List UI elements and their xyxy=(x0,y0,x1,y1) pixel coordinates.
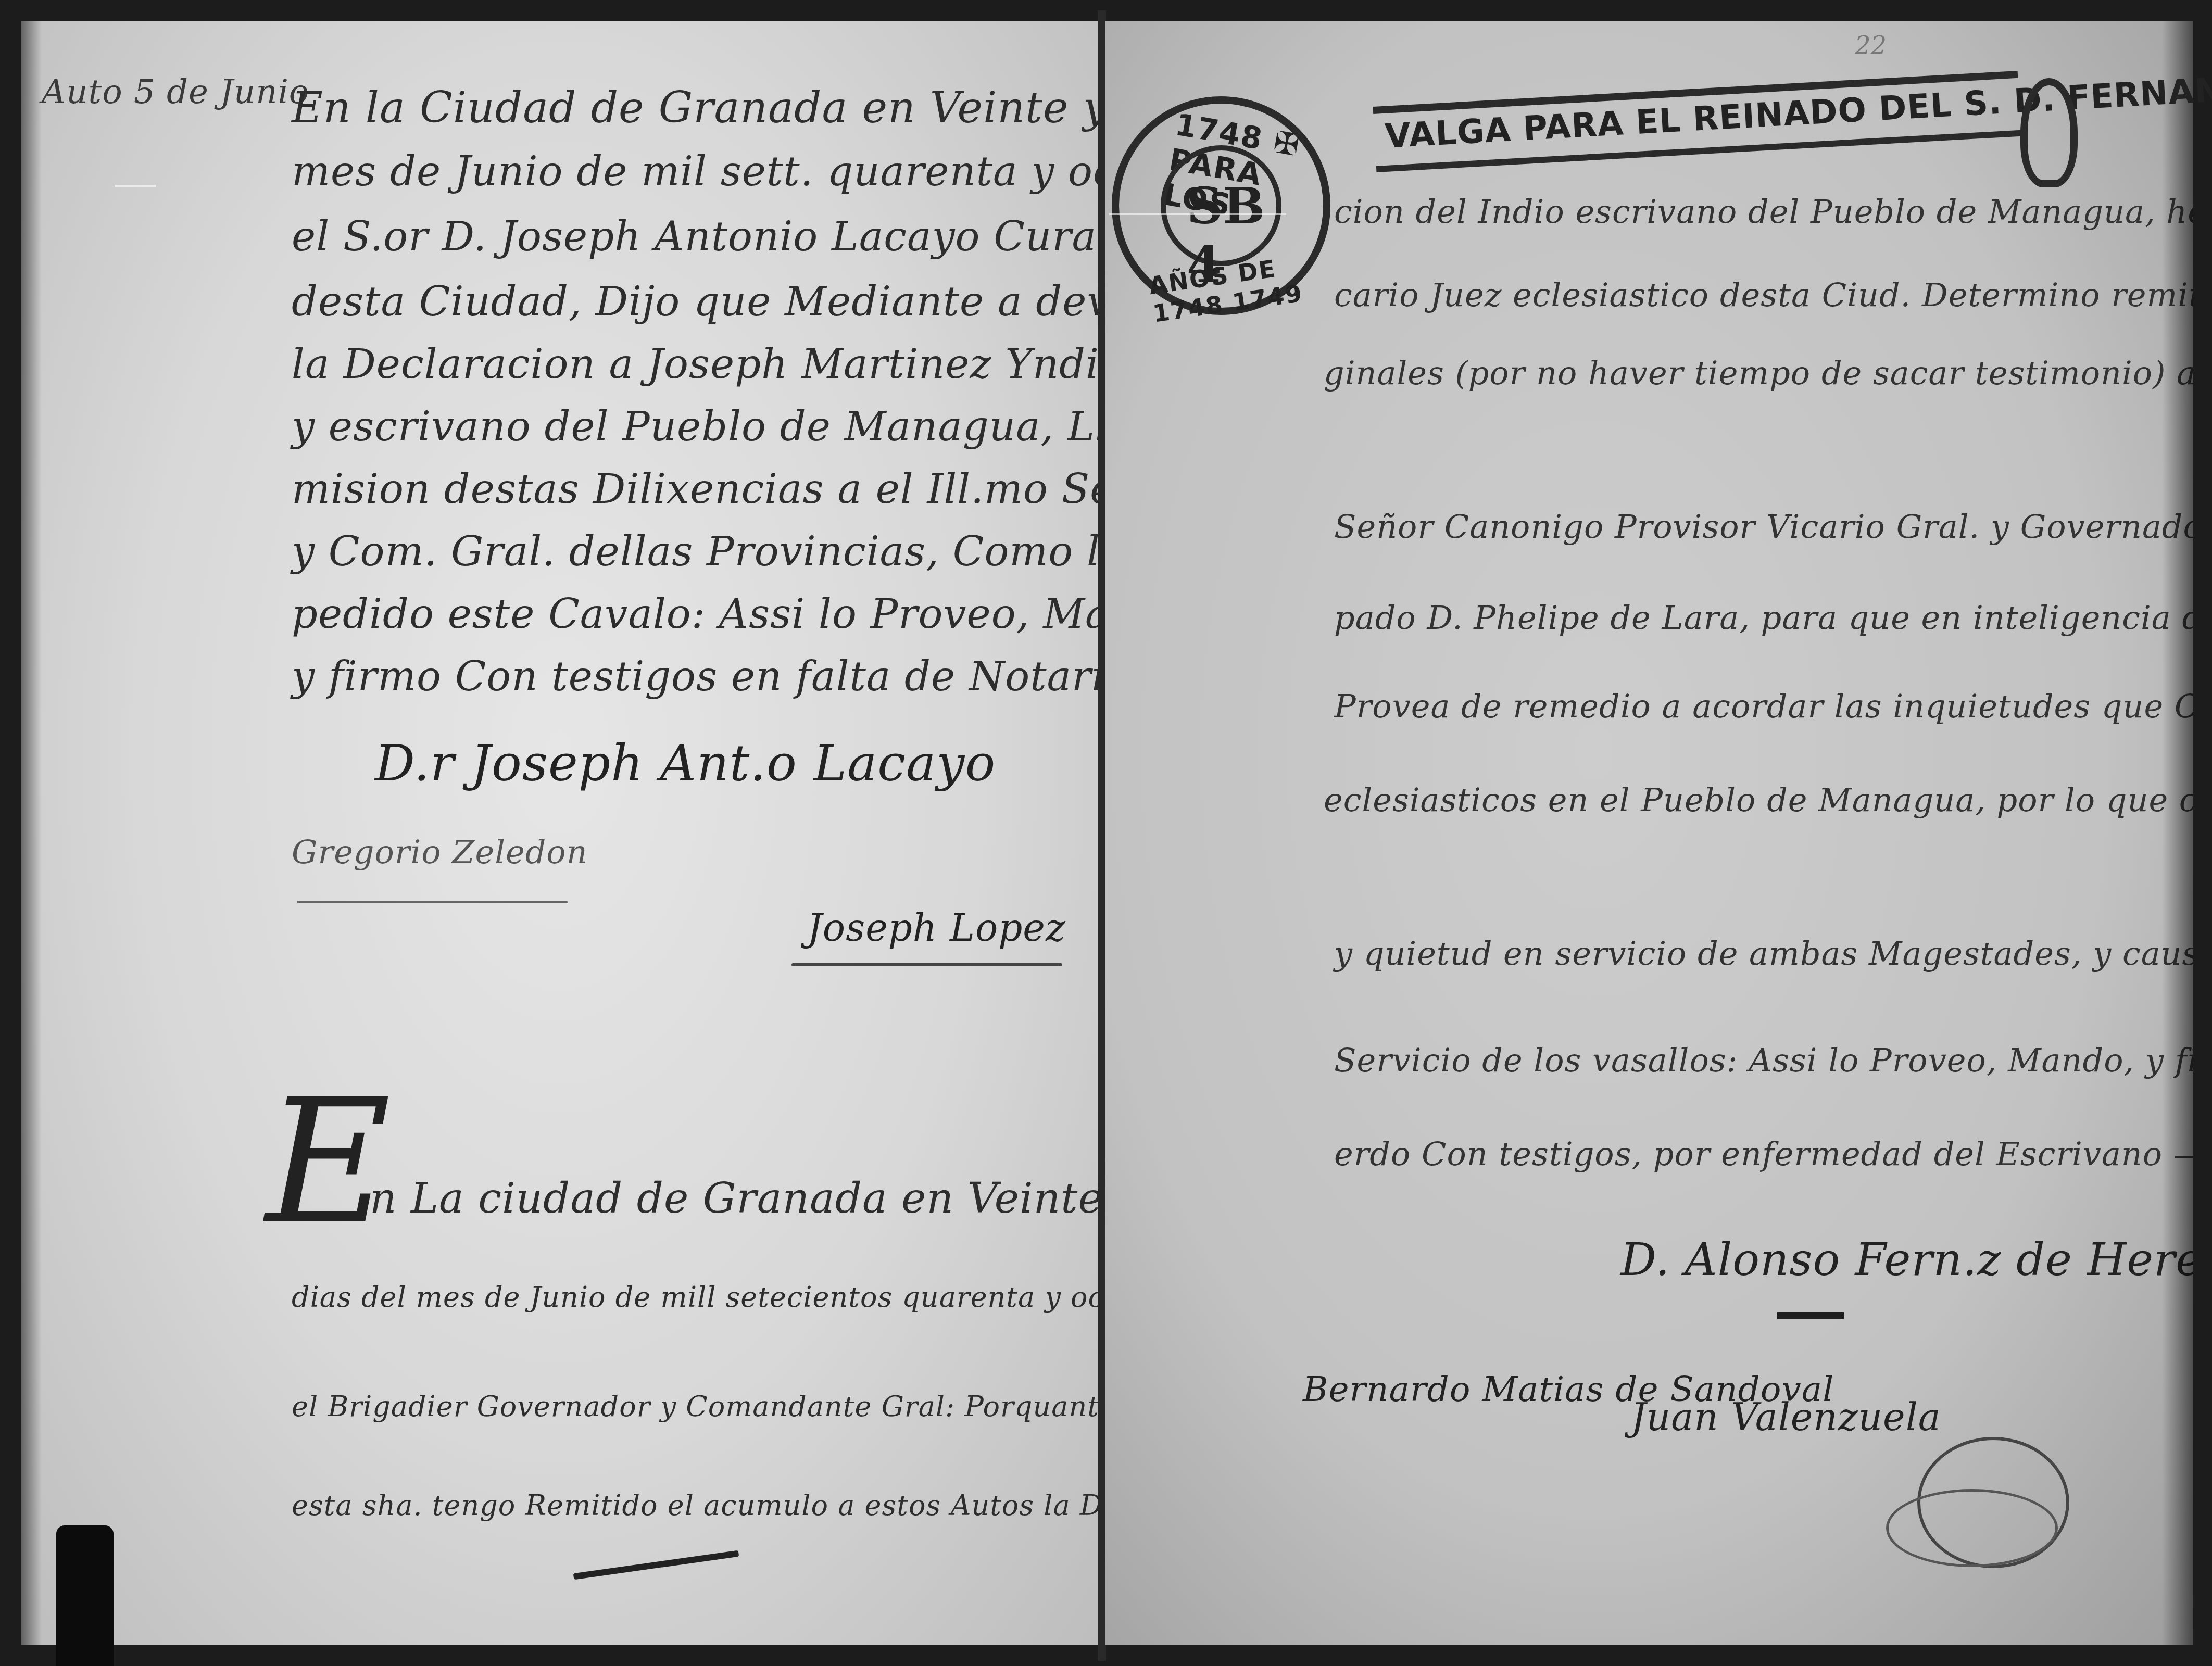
manuscript-line: Señor Canonigo Provisor Vicario Gral. y … xyxy=(1334,508,2193,546)
signature-valenzuela: Juan Valenzuela xyxy=(1631,1395,1941,1439)
manuscript-line: En la Ciudad de Granada en Veinte y siet… xyxy=(292,83,1099,133)
manuscript-line: Servicio de los vasallos: Assi lo Proveo… xyxy=(1334,1041,2193,1079)
manuscript-line: cion del Indio escrivano del Pueblo de M… xyxy=(1334,193,2193,231)
ink-flourish xyxy=(573,1550,739,1580)
signature-flourish xyxy=(791,963,1062,966)
rubric-flourish xyxy=(1886,1489,2058,1567)
manuscript-line: pedido este Cavalo: Assi lo Proveo, Mand… xyxy=(292,591,1099,638)
manuscript-line: ginales (por no haver tiempo de sacar te… xyxy=(1324,354,2193,392)
manuscript-line: y quietud en servicio de ambas Magestade… xyxy=(1334,935,2193,973)
signature-lacayo: D.r Joseph Ant.o Lacayo xyxy=(375,734,996,792)
manuscript-line: y escrivano del Pueblo de Managua, Llego… xyxy=(292,403,1099,450)
margin-note: Auto 5 de Junio xyxy=(42,73,309,111)
seal-inner-ring: SB 4 xyxy=(1161,145,1281,266)
manuscript-line: n La ciudad de Granada en Veinte y ocho xyxy=(370,1174,1099,1222)
manuscript-line: dias del mes de Junio de mill seteciento… xyxy=(292,1281,1099,1314)
decorative-initial: E xyxy=(266,1062,391,1262)
manuscript-line: eclesiasticos en el Pueblo de Managua, p… xyxy=(1324,781,2193,819)
manuscript-line: esta sha. tengo Remitido el acumulo a es… xyxy=(292,1489,1099,1522)
manuscript-line: mes de Junio de mil sett. quarenta y och… xyxy=(292,148,1099,195)
manuscript-line: desta Ciudad, Dijo que Mediante a devers… xyxy=(292,279,1099,325)
signature-flourish xyxy=(297,901,568,903)
film-scratch xyxy=(1109,213,1286,215)
film-blot xyxy=(56,1525,114,1666)
tax-seal-stamp: 1748 ✠ PARA LOS SB 4 AÑOS DE 1748 1749 xyxy=(1112,96,1330,315)
manuscript-line: erdo Con testigos, por enfermedad del Es… xyxy=(1334,1135,2193,1173)
signature-heredia: D. Alonso Fern.z de Heredia xyxy=(1620,1234,2193,1286)
film-scratch xyxy=(115,185,156,187)
left-page: Auto 5 de Junio En la Ciudad de Granada … xyxy=(21,21,1099,1645)
folio-number: 22 xyxy=(1855,31,1887,60)
manuscript-line: pado D. Phelipe de Lara, para que en int… xyxy=(1334,599,2193,637)
manuscript-line: mision destas Dilixencias a el Ill.mo Se… xyxy=(292,466,1099,513)
manuscript-line: y firmo Con testigos en falta de Notario… xyxy=(292,653,1099,700)
manuscript-line: el Brigadier Governador y Comandante Gra… xyxy=(292,1390,1099,1423)
manuscript-line: la Declaracion a Joseph Martinez Yndio m… xyxy=(292,341,1099,388)
signature-lopez: Joseph Lopez xyxy=(807,906,1066,950)
manuscript-line: y Com. Gral. dellas Provincias, Como lo … xyxy=(292,528,1099,575)
stamp-banner-ornament xyxy=(2020,78,2078,187)
signature-zeledon: Gregorio Zeledon xyxy=(292,833,588,871)
manuscript-line: cario Juez eclesiastico desta Ciud. Dete… xyxy=(1334,276,2193,314)
ink-mark xyxy=(1777,1312,1844,1319)
manuscript-line: el S.or D. Joseph Antonio Lacayo Cura y … xyxy=(292,213,1099,260)
manuscript-line: Provea de remedio a acordar las inquietu… xyxy=(1334,687,2193,725)
